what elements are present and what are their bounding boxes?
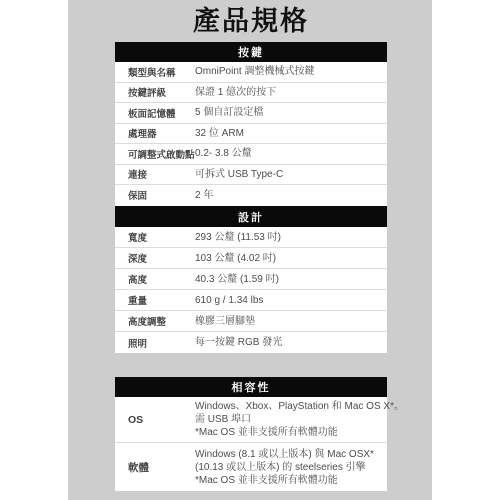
spec-value: 32 位 ARM [195,127,387,140]
spec-value: 0.2- 3.8 公釐 [195,147,387,160]
spec-value: 610 g / 1.34 lbs [195,294,387,307]
spec-section-compatibility: 相容性OSWindows、Xbox、PlayStation 和 Mac OS X… [115,377,387,491]
spec-row: 高度40.3 公釐 (1.59 吋) [115,269,387,290]
spec-row: 連接可拆式 USB Type-C [115,165,387,186]
spec-label: 板面記憶體 [115,106,195,120]
spec-row: 可調整式啟動點0.2- 3.8 公釐 [115,144,387,165]
spec-label: 類型與名稱 [115,65,195,79]
spec-row: 重量610 g / 1.34 lbs [115,290,387,311]
spec-row: 保固2 年 [115,185,387,206]
spec-row: 寬度293 公釐 (11.53 吋) [115,227,387,248]
spec-label: 高度 [115,272,195,286]
spec-panel: 產品規格 按鍵類型與名稱OmniPoint 調整機械式按鍵按鍵評級保證 1 億次… [68,0,432,500]
spec-label: 高度調整 [115,314,195,328]
spec-row: 高度調整橡膠三層腳墊 [115,311,387,332]
spec-row: 軟體Windows (8.1 或以上版本) 與 Mac OSX*(10.13 或… [115,443,387,491]
spec-row: 處理器32 位 ARM [115,124,387,145]
spec-row: OSWindows、Xbox、PlayStation 和 Mac OS X*。需… [115,397,387,443]
spec-label: 按鍵評級 [115,85,195,99]
spec-row: 板面記憶體5 個自訂設定檔 [115,103,387,124]
page-title: 產品規格 [115,4,387,38]
section-header-compatibility: 相容性 [115,377,387,397]
spec-row: 深度103 公釐 (4.02 吋) [115,248,387,269]
spec-label: 軟體 [115,460,195,475]
spec-value: 可拆式 USB Type-C [195,168,387,181]
spec-value: 293 公釐 (11.53 吋) [195,231,387,244]
spec-value: Windows、Xbox、PlayStation 和 Mac OS X*。需 U… [195,400,408,439]
spec-label: 處理器 [115,126,195,140]
spec-label: 深度 [115,251,195,265]
spec-row: 按鍵評級保證 1 億次的按下 [115,83,387,104]
spec-value: 橡膠三層腳墊 [195,315,387,328]
spec-label: 照明 [115,336,195,350]
spec-value: 每一按鍵 RGB 發光 [195,336,387,349]
spec-value: Windows (8.1 或以上版本) 與 Mac OSX*(10.13 或以上… [195,448,387,487]
spec-value: 5 個自訂設定檔 [195,106,387,119]
spec-label: 保固 [115,188,195,202]
spec-label: 可調整式啟動點 [115,147,195,161]
spec-value: 40.3 公釐 (1.59 吋) [195,273,387,286]
spec-value: 2 年 [195,189,387,202]
spec-row: 類型與名稱OmniPoint 調整機械式按鍵 [115,62,387,83]
section-header-design: 設計 [115,206,387,227]
spec-section-keys: 按鍵類型與名稱OmniPoint 調整機械式按鍵按鍵評級保證 1 億次的按下板面… [115,42,387,206]
spec-value: 保證 1 億次的按下 [195,86,387,99]
spec-row: 照明每一按鍵 RGB 發光 [115,332,387,353]
spec-label: OS [115,414,195,426]
spec-label: 重量 [115,293,195,307]
spec-label: 連接 [115,167,195,181]
spec-value: OmniPoint 調整機械式按鍵 [195,65,387,78]
spec-label: 寬度 [115,230,195,244]
spec-section-design: 設計寬度293 公釐 (11.53 吋)深度103 公釐 (4.02 吋)高度4… [115,206,387,353]
section-header-keys: 按鍵 [115,42,387,62]
spec-value: 103 公釐 (4.02 吋) [195,252,387,265]
